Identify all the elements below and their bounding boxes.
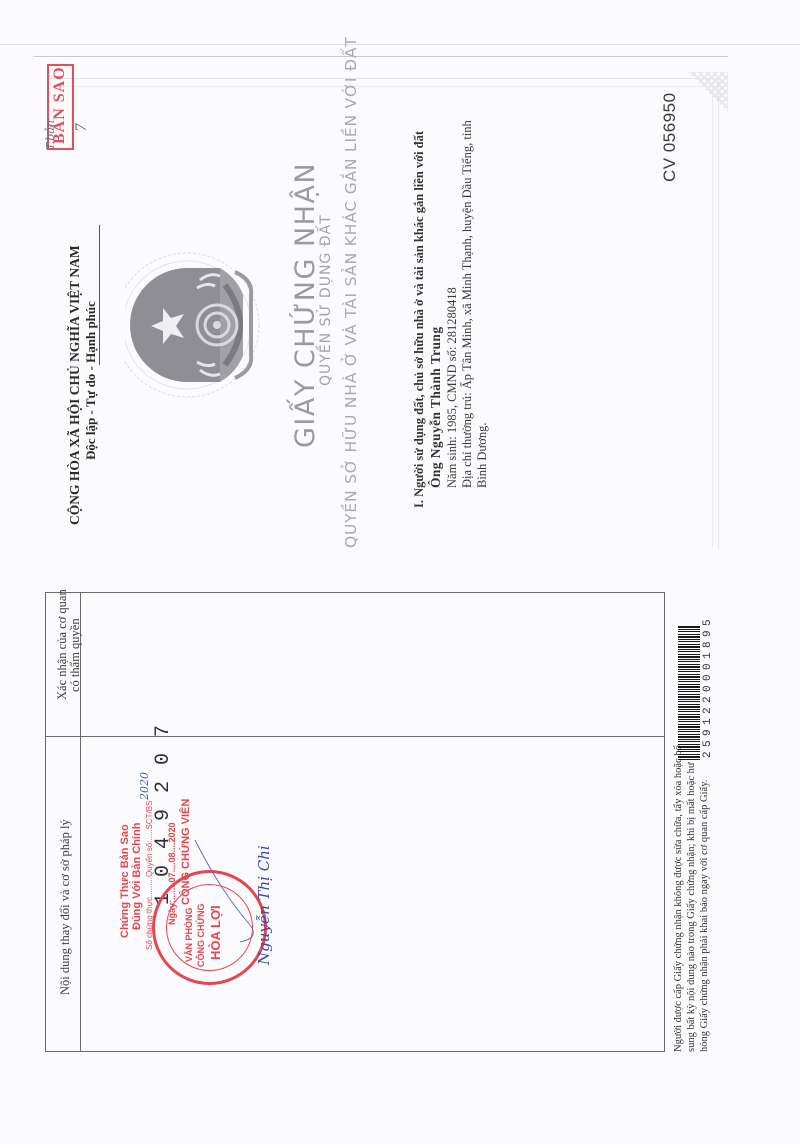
owner-address-cont: Bình Dương. <box>475 423 490 488</box>
owner-address: Địa chỉ thường trú: Ấp Tân Minh, xã Minh… <box>460 120 475 488</box>
footnote-line-2: sung bất kỳ nội dung nào trong Giấy chứn… <box>685 762 698 1052</box>
serial-number: CV 056950 <box>660 92 680 182</box>
owner-name: Ông Nguyễn Thành Trung <box>428 327 444 489</box>
barcode-digits: 2591220001895 <box>702 615 714 758</box>
national-emblem-icon <box>125 240 275 410</box>
header-changes: Nội dung thay đổi và cơ sở pháp lý <box>58 819 73 995</box>
cert-line-1: Chứng Thực Bản Sao <box>119 824 131 938</box>
handwritten-year: 2020 <box>138 772 151 800</box>
table-column-divider <box>45 736 665 737</box>
certificate-subtitle-1: QUYỀN SỬ DỤNG ĐẤT <box>318 214 334 386</box>
owner-birth-id: Năm sinh: 1985, CMND số: 281280418 <box>445 287 460 488</box>
header-confirm-line2: có thẩm quyền <box>68 618 83 692</box>
barcode-icon <box>678 625 700 760</box>
signer-signature: Nguyễn Thị Chi <box>255 845 273 965</box>
footnote-line-3: hỏng Giấy chứng nhận phải khai báo ngay … <box>698 780 711 1052</box>
handwritten-initial: T.bản <box>44 120 57 150</box>
national-motto: Độc lập - Tự do - Hạnh phúc <box>83 301 99 460</box>
scan-edge-line <box>0 44 800 45</box>
republic-title: CỘNG HÒA XÃ HỘI CHỦ NGHĨA VIỆT NAM <box>67 245 83 525</box>
certificate-subtitle-2: QUYỀN SỞ HỮU NHÀ Ở VÀ TÀI SẢN KHÁC GẮN L… <box>342 37 360 549</box>
owner-section-heading: I. Người sử dụng đất, chủ sở hữu nhà ở v… <box>412 131 427 508</box>
handwritten-mark: 7 <box>74 123 90 132</box>
cert-line-2: Đúng Với Bản Chính <box>131 823 143 930</box>
certificate-title: GIẤY CHỨNG NHẬN <box>290 162 321 448</box>
footnote-line-1: Người được cấp Giấy chứng nhận không đượ… <box>672 745 685 1052</box>
motto-underline <box>99 225 100 365</box>
